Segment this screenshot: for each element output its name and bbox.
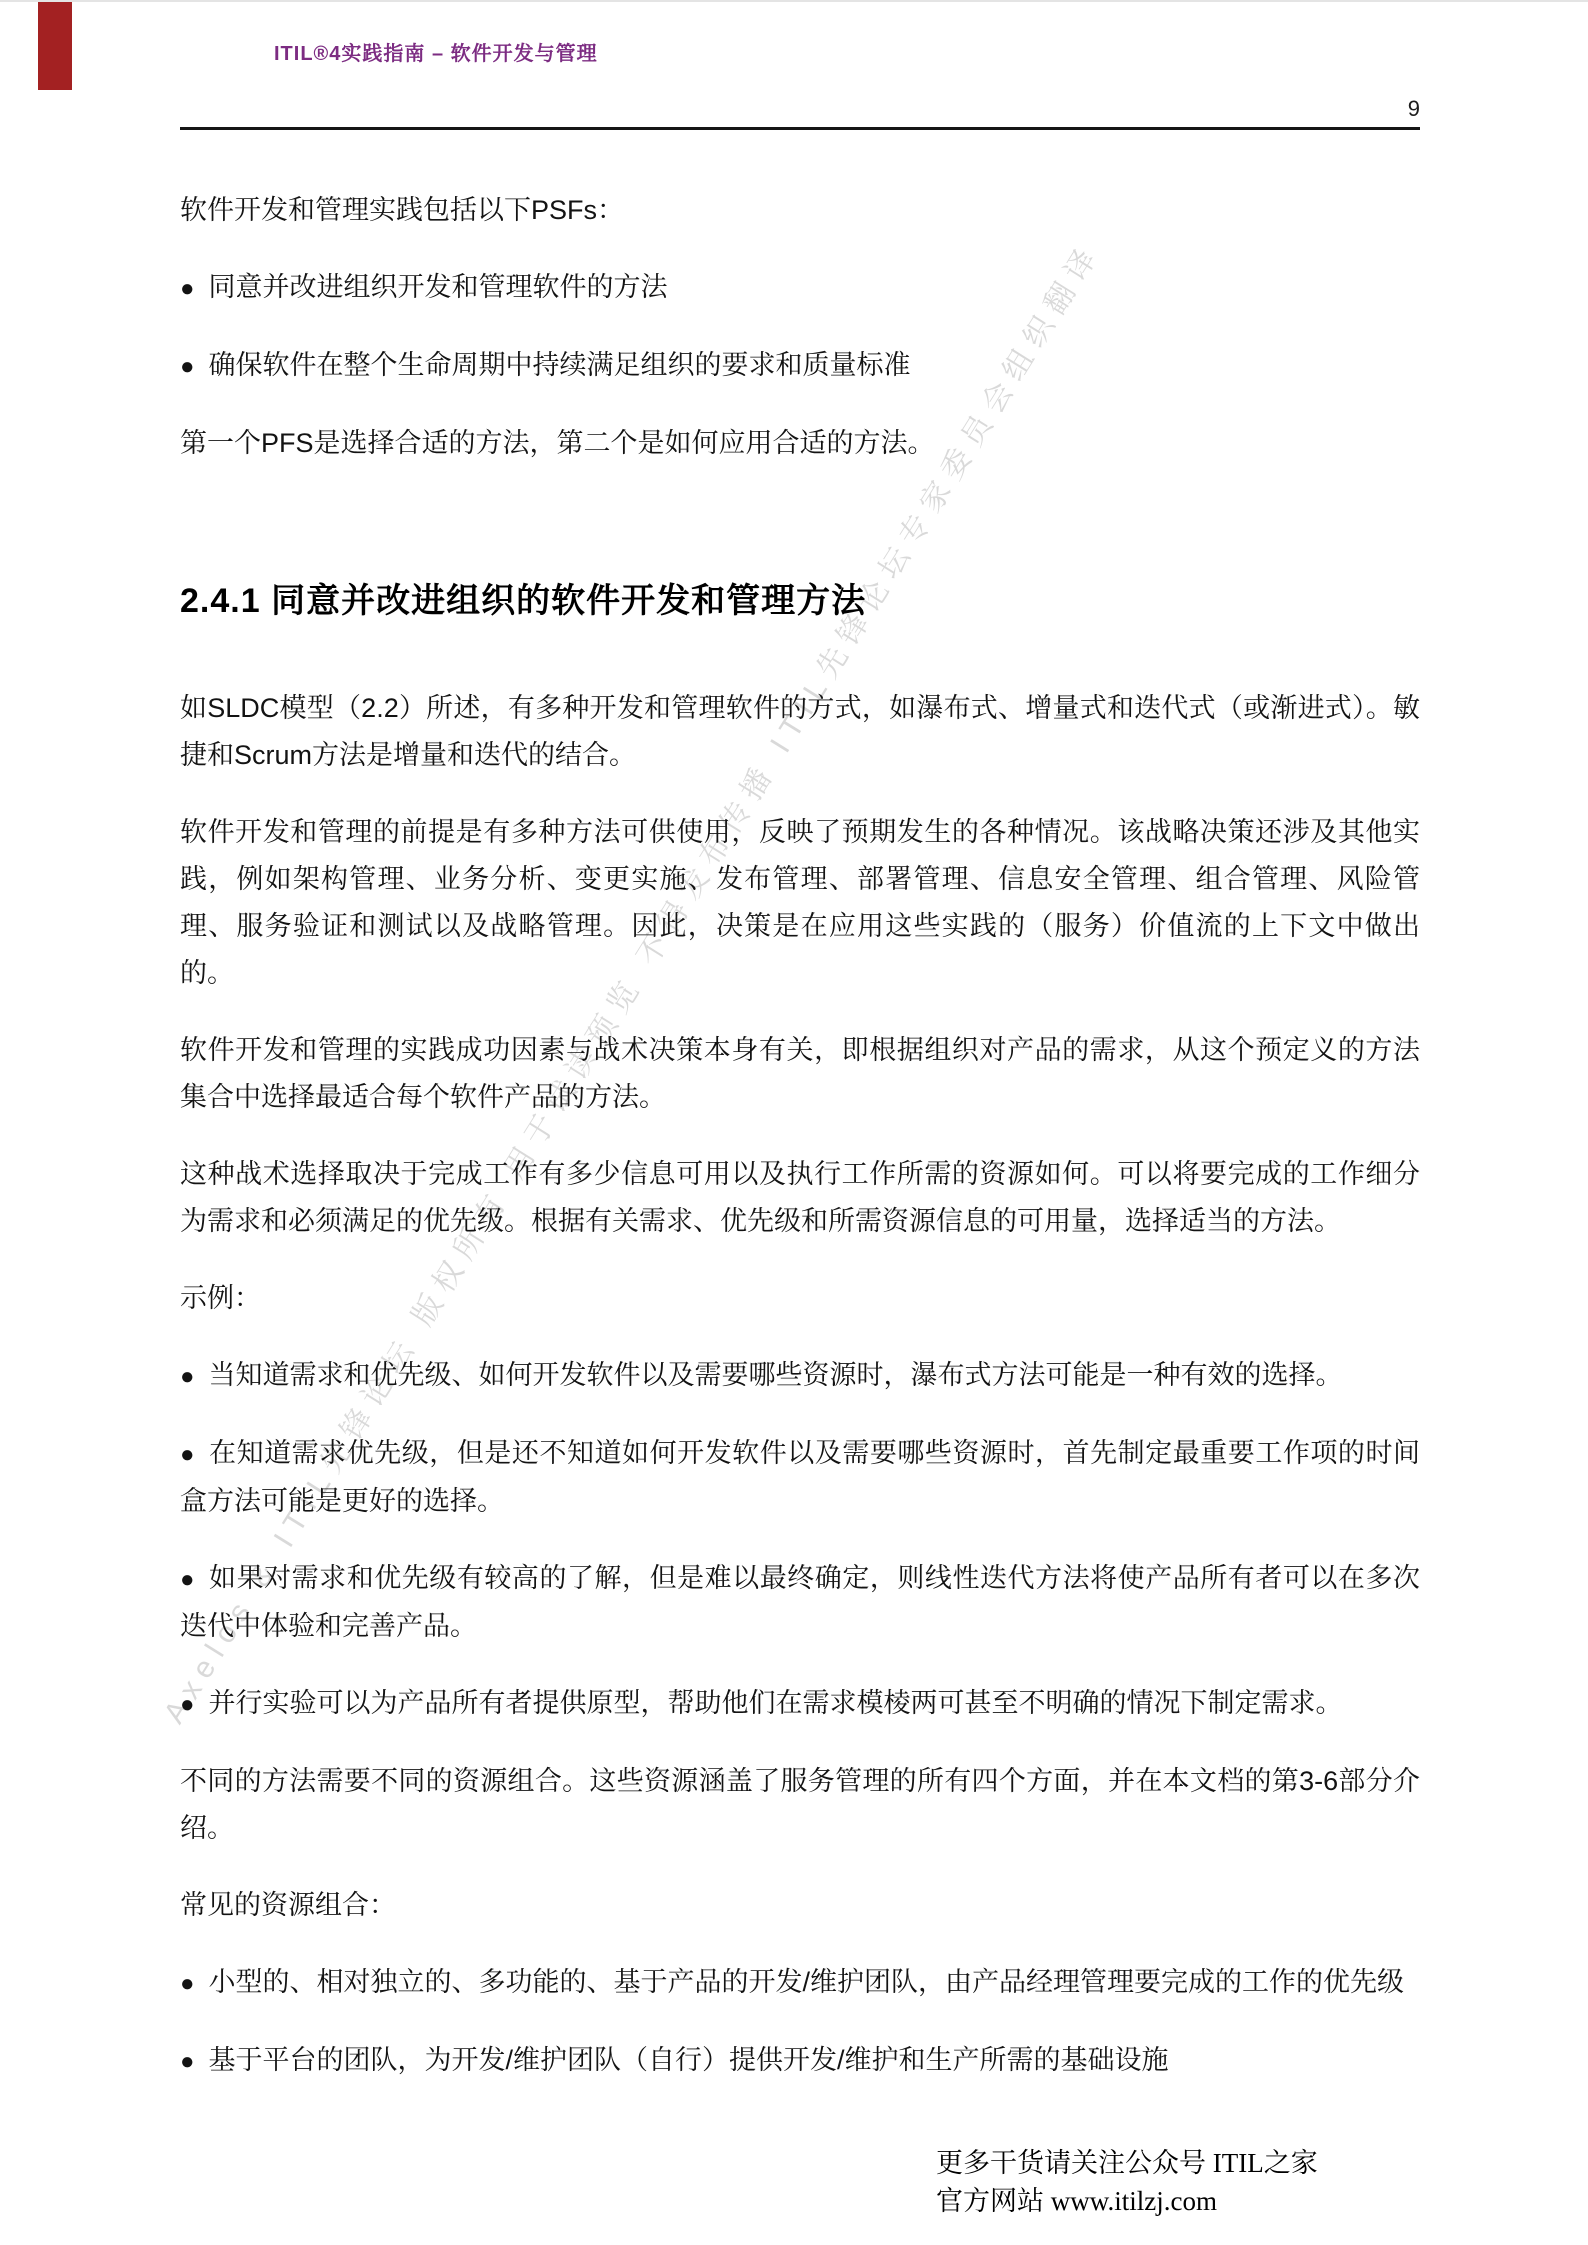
page-header: ITIL®4实践指南 – 软件开发与管理 9: [0, 2, 1588, 130]
list-item-text: 并行实验可以为产品所有者提供原型，帮助他们在需求模棱两可甚至不明确的情况下制定需…: [209, 1688, 1343, 1718]
list-item-text: 确保软件在整个生命周期中持续满足组织的要求和质量标准: [209, 350, 911, 380]
red-bookmark-ribbon: [38, 2, 72, 90]
list-item: ●同意并改进组织开发和管理软件的方法: [180, 264, 1420, 312]
paragraph-common-combos-label: 常见的资源组合：: [180, 1882, 1420, 1929]
list-item-text: 在知道需求优先级，但是还不知道如何开发软件以及需要哪些资源时，首先制定最重要工作…: [180, 1438, 1420, 1516]
list-item: ●并行实验可以为产品所有者提供原型，帮助他们在需求模棱两可甚至不明确的情况下制定…: [180, 1680, 1420, 1728]
bullet-icon: ●: [180, 1363, 195, 1390]
list-item-text: 如果对需求和优先级有较高的了解，但是难以最终确定，则线性迭代方法将使产品所有者可…: [180, 1563, 1420, 1641]
paragraph-examples-label: 示例：: [180, 1275, 1420, 1322]
bullet-icon: ●: [180, 1441, 195, 1468]
document-header-title: ITIL®4实践指南 – 软件开发与管理: [274, 2, 1420, 66]
bullet-icon: ●: [180, 1970, 195, 1997]
list-item: ●当知道需求和优先级、如何开发软件以及需要哪些资源时，瀑布式方法可能是一种有效的…: [180, 1352, 1420, 1400]
list-item: ●小型的、相对独立的、多功能的、基于产品的开发/维护团队，由产品经理管理要完成的…: [180, 1959, 1420, 2007]
paragraph-premise: 软件开发和管理的前提是有多种方法可供使用，反映了预期发生的各种情况。该战略决策还…: [180, 809, 1420, 997]
page-number: 9: [180, 96, 1420, 122]
paragraph-sldc: 如SLDC模型（2.2）所述，有多种开发和管理软件的方式，如瀑布式、增量式和迭代…: [180, 685, 1420, 779]
footer-wechat-line: 更多干货请关注公众号 ITIL之家: [936, 2144, 1318, 2182]
list-item-text: 当知道需求和优先级、如何开发软件以及需要哪些资源时，瀑布式方法可能是一种有效的选…: [209, 1360, 1343, 1390]
list-item: ●在知道需求优先级，但是还不知道如何开发软件以及需要哪些资源时，首先制定最重要工…: [180, 1430, 1420, 1525]
paragraph-success-factors: 软件开发和管理的实践成功因素与战术决策本身有关，即根据组织对产品的需求，从这个预…: [180, 1027, 1420, 1121]
page-content: 软件开发和管理实践包括以下PSFs： ●同意并改进组织开发和管理软件的方法 ●确…: [0, 130, 1588, 2085]
list-item: ●如果对需求和优先级有较高的了解，但是难以最终确定，则线性迭代方法将使产品所有者…: [180, 1555, 1420, 1650]
list-item-text: 小型的、相对独立的、多功能的、基于产品的开发/维护团队，由产品经理管理要完成的工…: [209, 1967, 1405, 1997]
list-item: ●基于平台的团队，为开发/维护团队（自行）提供开发/维护和生产所需的基础设施: [180, 2037, 1420, 2085]
paragraph-intro: 软件开发和管理实践包括以下PSFs：: [180, 187, 1420, 234]
bullet-icon: ●: [180, 1691, 195, 1718]
section-heading: 2.4.1 同意并改进组织的软件开发和管理方法: [180, 577, 1420, 625]
paragraph-resources: 不同的方法需要不同的资源组合。这些资源涵盖了服务管理的所有四个方面，并在本文档的…: [180, 1758, 1420, 1852]
footer-website-line: 官方网站 www.itilzj.com: [936, 2182, 1318, 2220]
bullet-icon: ●: [180, 275, 195, 302]
list-item-text: 基于平台的团队，为开发/维护团队（自行）提供开发/维护和生产所需的基础设施: [209, 2045, 1169, 2075]
document-page: Axelos & ITIL先锋论坛 版权所有 用于试读预览 不得发布传播 ITI…: [0, 0, 1588, 2245]
paragraph-tactical-choice: 这种战术选择取决于完成工作有多少信息可用以及执行工作所需的资源如何。可以将要完成…: [180, 1151, 1420, 1245]
list-item: ●确保软件在整个生命周期中持续满足组织的要求和质量标准: [180, 342, 1420, 390]
list-item-text: 同意并改进组织开发和管理软件的方法: [209, 272, 668, 302]
bullet-icon: ●: [180, 2048, 195, 2075]
paragraph-pfs: 第一个PFS是选择合适的方法，第二个是如何应用合适的方法。: [180, 420, 1420, 467]
page-footer: 更多干货请关注公众号 ITIL之家 官方网站 www.itilzj.com: [936, 2144, 1318, 2220]
bullet-icon: ●: [180, 353, 195, 380]
bullet-icon: ●: [180, 1566, 195, 1593]
